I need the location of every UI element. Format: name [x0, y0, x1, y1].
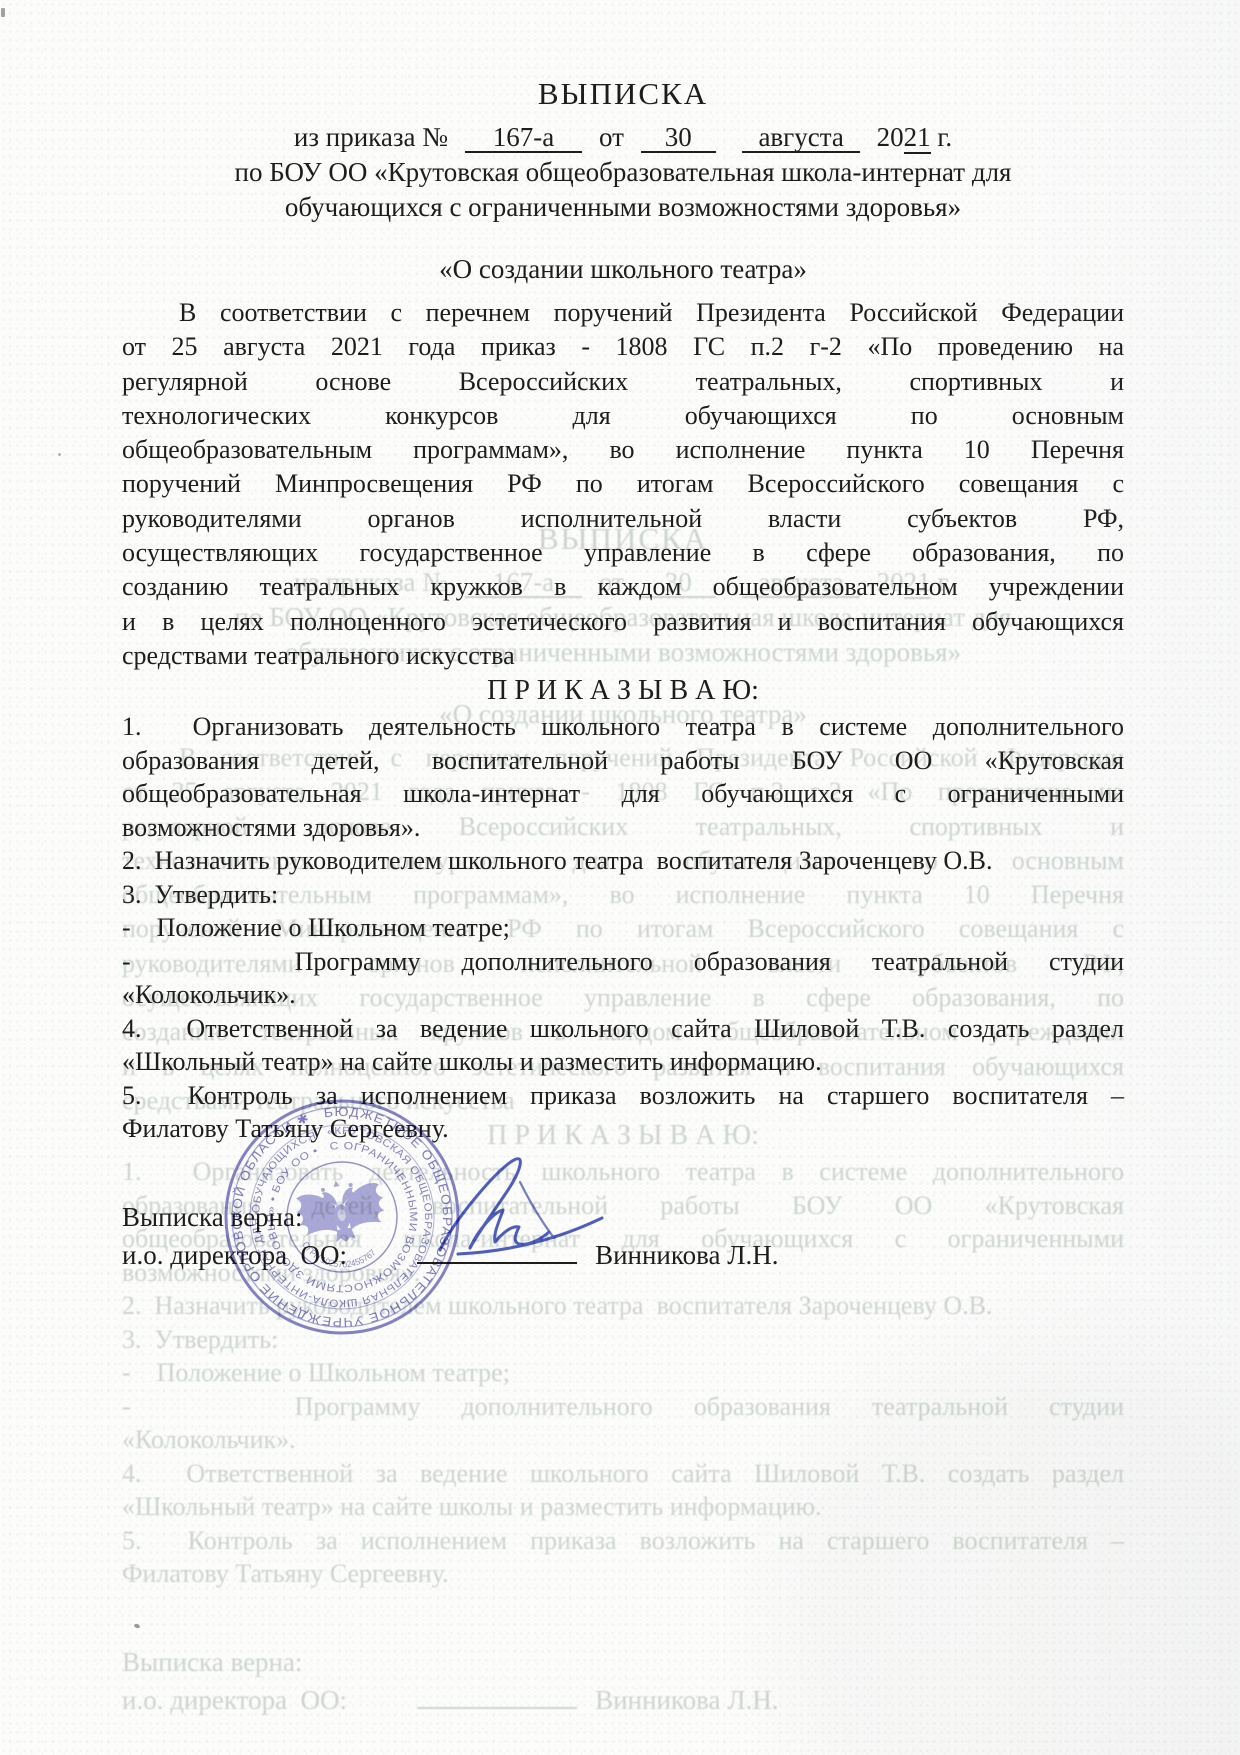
- order-day: 30: [665, 122, 692, 152]
- intro-paragraph-line: технологических конкурсов для обучающихс…: [122, 399, 1124, 433]
- intro-paragraph-line: регулярной основе Всероссийских театраль…: [122, 365, 1124, 399]
- order-item-line: 4. Ответственной за ведение школьного са…: [122, 1012, 1124, 1046]
- order-items: 1. Организовать деятельность школьного т…: [122, 710, 1124, 1146]
- intro-paragraph-line: созданию театральных кружков в каждом об…: [122, 570, 1124, 604]
- intro-paragraph-line: В соответствии с перечнем поручений През…: [122, 296, 1124, 330]
- order-month: августа: [758, 122, 843, 152]
- intro-paragraph: В соответствии с перечнем поручений През…: [122, 296, 1124, 673]
- organization-line-2: обучающихся с ограниченными возможностям…: [122, 190, 1124, 225]
- scan-speck: [1, 8, 5, 17]
- order-item-line: «Школьный театр» на сайте школы и размес…: [122, 1045, 1124, 1079]
- intro-paragraph-line: общеобразовательным программам», во испо…: [122, 433, 1124, 467]
- stamp-eagle-icon: [292, 1173, 389, 1249]
- intro-paragraph-line: осуществляющих государственное управлени…: [122, 536, 1124, 570]
- order-item-line: 1. Организовать деятельность школьного т…: [122, 710, 1124, 744]
- decree-heading: П Р И К А З Ы В А Ю:: [122, 674, 1124, 707]
- order-item-line: «Колокольчик».: [122, 978, 1124, 1012]
- intro-paragraph-line: средствами театрального искусства: [122, 639, 1124, 673]
- order-number: 167-а: [493, 122, 554, 152]
- order-number-blank: 167-а: [465, 123, 582, 153]
- scan-speck: [58, 453, 61, 456]
- order-year-prefix: 20: [877, 122, 904, 152]
- order-reference-line: из приказа № 167-а от 30 августа 2021 г.: [122, 120, 1124, 155]
- intro-paragraph-line: от 25 августа 2021 года приказ - 1808 ГС…: [122, 330, 1124, 364]
- order-prefix: из приказа №: [294, 122, 448, 152]
- order-subject: «О создании школьного театра»: [122, 252, 1124, 286]
- order-month-blank: августа: [742, 123, 859, 153]
- order-item-line: возможностями здоровья».: [122, 811, 1124, 845]
- intro-paragraph-line: и в целях полноценного эстетического раз…: [122, 605, 1124, 639]
- document-title: ВЫПИСКА: [122, 76, 1124, 112]
- document-content: ВЫПИСКА из приказа № 167-а от 30 августа…: [0, 0, 1240, 1755]
- intro-paragraph-line: поручений Минпросвещения РФ по итогам Вс…: [122, 467, 1124, 501]
- order-item-line: 3. Утвердить:: [122, 878, 1124, 912]
- order-year-underlined: 21: [904, 122, 931, 154]
- scanned-document-page: ВЫПИСКА из приказа № 167-а от 30 августа…: [0, 0, 1240, 1755]
- order-item-line: общеобразовательная школа-интернат для о…: [122, 777, 1124, 811]
- organization-line-1: по БОУ ОО «Крутовская общеобразовательна…: [122, 155, 1124, 190]
- order-day-blank: 30: [641, 123, 716, 153]
- order-year: 2021: [877, 122, 931, 154]
- handwritten-signature: [402, 1150, 637, 1270]
- order-item-line: - Положение о Школьном театре;: [122, 911, 1124, 945]
- order-item-line: - Программу дополнительного образования …: [122, 945, 1124, 979]
- intro-paragraph-line: руководителями органов исполнительной вл…: [122, 502, 1124, 536]
- order-item-line: 2. Назначить руководителем школьного теа…: [122, 844, 1124, 878]
- order-item-line: образования детей, воспитательной работы…: [122, 744, 1124, 778]
- order-year-suffix: г.: [937, 122, 952, 152]
- order-from-label: от: [599, 122, 624, 152]
